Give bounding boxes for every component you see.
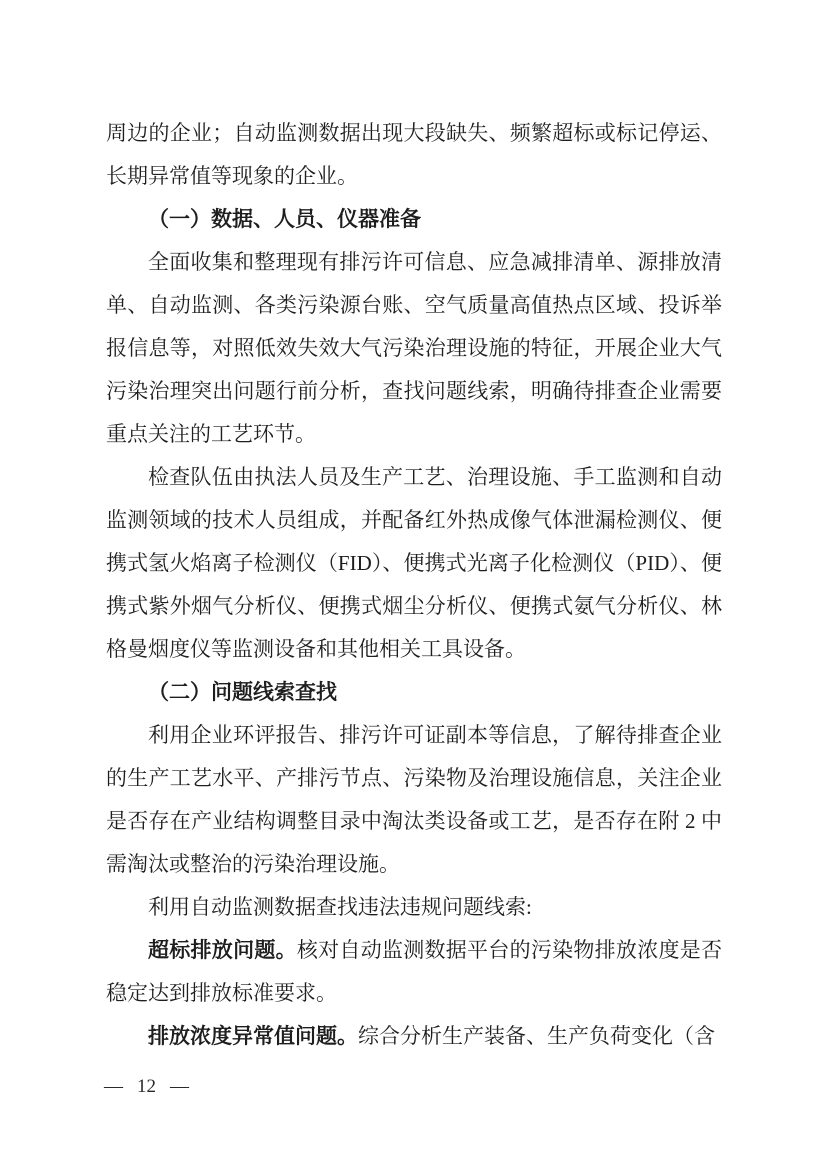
page-number: 12 <box>137 1074 156 1100</box>
document-page: 周边的企业；自动监测数据出现大段缺失、频繁超标或标记停运、长期异常值等现象的企业… <box>0 0 826 1169</box>
document-body: 周边的企业；自动监测数据出现大段缺失、频繁超标或标记停运、长期异常值等现象的企业… <box>106 112 722 1058</box>
paragraph-continuation: 周边的企业；自动监测数据出现大段缺失、频繁超标或标记停运、长期异常值等现象的企业… <box>106 112 722 198</box>
paragraph-enterprise-info-review: 利用企业环评报告、排污许可证副本等信息，了解待排查企业的生产工艺水平、产排污节点… <box>106 714 722 886</box>
bold-lead-exceedance: 超标排放问题。 <box>148 939 297 962</box>
paragraph-abnormal-values-text: 综合分析生产装备、生产负荷变化（含 <box>358 1024 715 1048</box>
bold-lead-abnormal-values: 排放浓度异常值问题。 <box>148 1025 358 1048</box>
paragraph-information-collection: 全面收集和整理现有排污许可信息、应急减排清单、源排放清单、自动监测、各类污染源台… <box>106 241 722 456</box>
section-heading-problem-clue-search: （二）问题线索查找 <box>106 671 722 714</box>
paragraph-exceedance-emission-problem: 超标排放问题。核对自动监测数据平台的污染物排放浓度是否稳定达到排放标准要求。 <box>106 929 722 1015</box>
footer-dash-right: — <box>170 1074 189 1100</box>
paragraph-auto-monitoring-intro: 利用自动监测数据查找违法违规问题线索: <box>106 886 722 929</box>
page-footer: —12— <box>104 1074 189 1100</box>
paragraph-abnormal-concentration-problem: 排放浓度异常值问题。综合分析生产装备、生产负荷变化（含 <box>106 1015 722 1058</box>
paragraph-inspection-team-equipment: 检查队伍由执法人员及生产工艺、治理设施、手工监测和自动监测领域的技术人员组成，并… <box>106 456 722 671</box>
footer-dash-left: — <box>104 1074 123 1100</box>
section-heading-data-personnel-instrument-prep: （一）数据、人员、仪器准备 <box>106 198 722 241</box>
